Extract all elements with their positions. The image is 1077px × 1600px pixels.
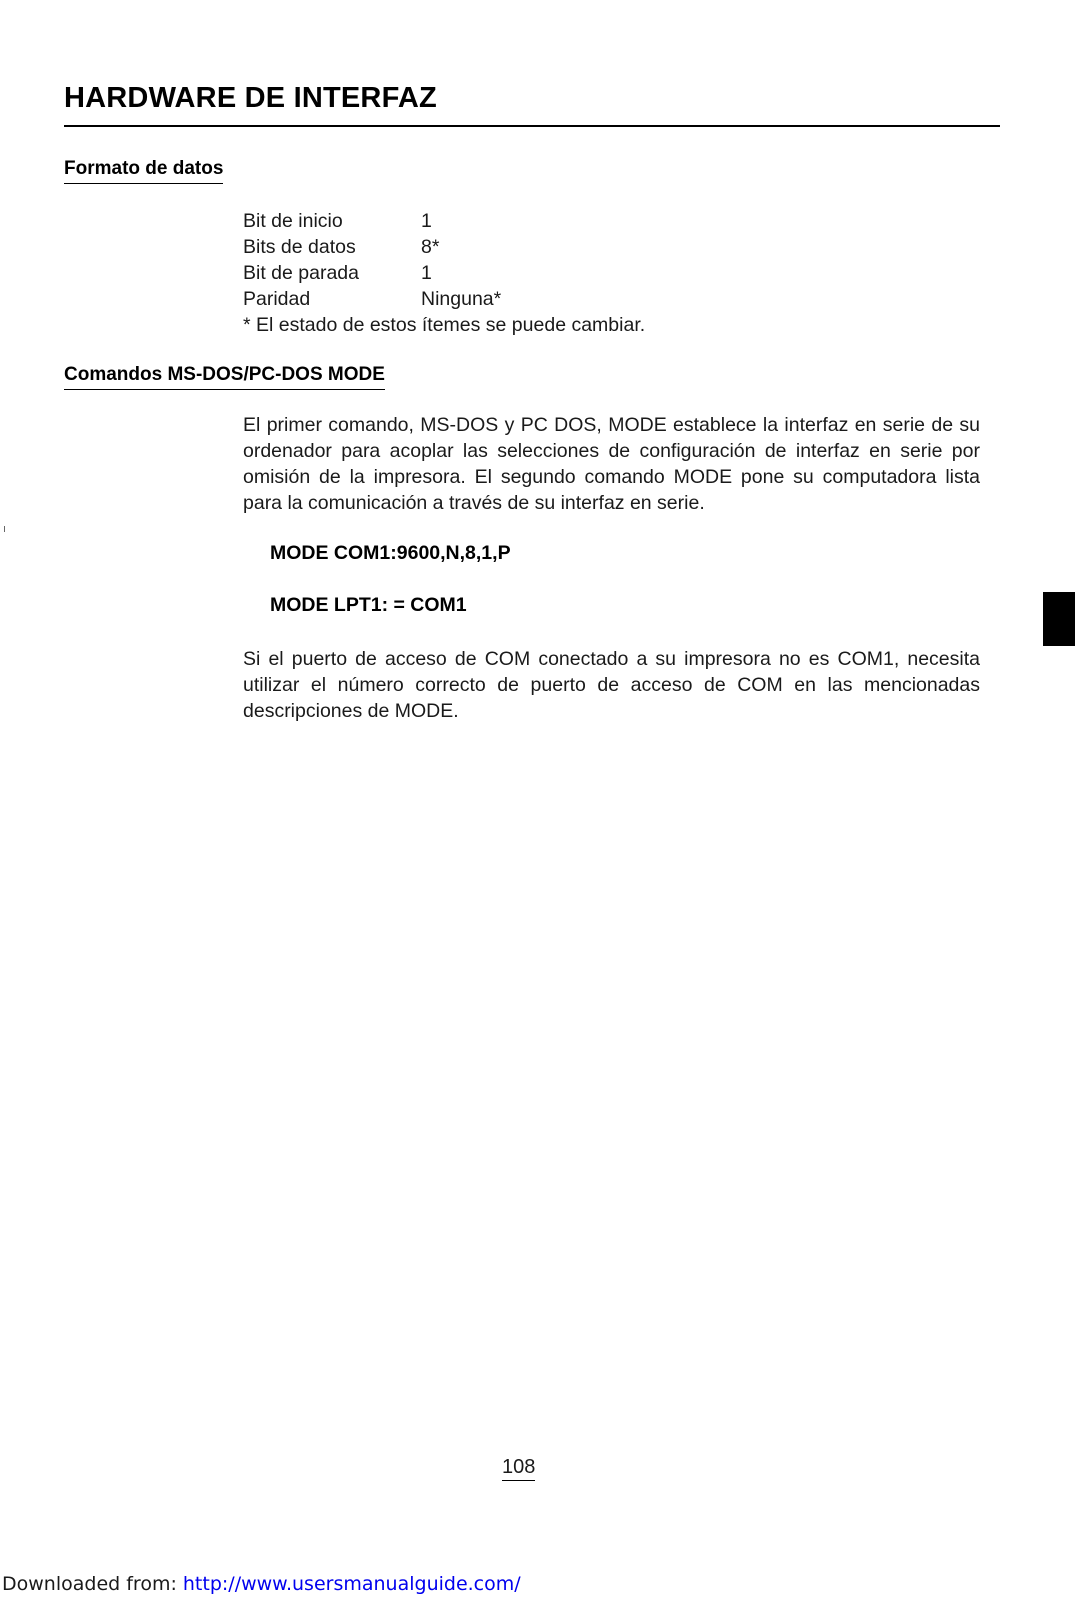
page-number: 108 [502, 1456, 535, 1481]
section-heading-mode-commands: Comandos MS-DOS/PC-DOS MODE [64, 364, 385, 390]
footer-link[interactable]: http://www.usersmanualguide.com/ [183, 1573, 521, 1595]
command-line: MODE COM1:9600,N,8,1,P [270, 542, 511, 565]
table-row: Bits de datos 8* [243, 234, 501, 260]
table-row: Paridad Ninguna* [243, 286, 501, 312]
mode-intro-paragraph: El primer comando, MS-DOS y PC DOS, MODE… [243, 412, 980, 516]
spec-label: Bit de inicio [243, 208, 421, 234]
table-row: Bit de parada 1 [243, 260, 501, 286]
spec-label: Paridad [243, 286, 421, 312]
download-footer: Downloaded from: http://www.usersmanualg… [2, 1573, 521, 1595]
mode-note-paragraph: Si el puerto de acceso de COM conectado … [243, 646, 980, 724]
margin-mark [4, 526, 5, 532]
page-title: HARDWARE DE INTERFAZ [64, 82, 437, 115]
spec-value: 8* [421, 234, 501, 260]
spec-label: Bits de datos [243, 234, 421, 260]
command-line: MODE LPT1: = COM1 [270, 594, 467, 617]
section-heading-data-format: Formato de datos [64, 158, 223, 184]
spec-value: Ninguna* [421, 286, 501, 312]
section-thumb-tab [1043, 592, 1075, 646]
data-format-table: Bit de inicio 1 Bits de datos 8* Bit de … [243, 208, 501, 312]
spec-label: Bit de parada [243, 260, 421, 286]
data-format-footnote: * El estado de estos ítemes se puede cam… [243, 312, 645, 338]
spec-value: 1 [421, 208, 501, 234]
footer-prefix: Downloaded from: [2, 1573, 183, 1595]
title-rule [64, 125, 1000, 127]
spec-value: 1 [421, 260, 501, 286]
table-row: Bit de inicio 1 [243, 208, 501, 234]
